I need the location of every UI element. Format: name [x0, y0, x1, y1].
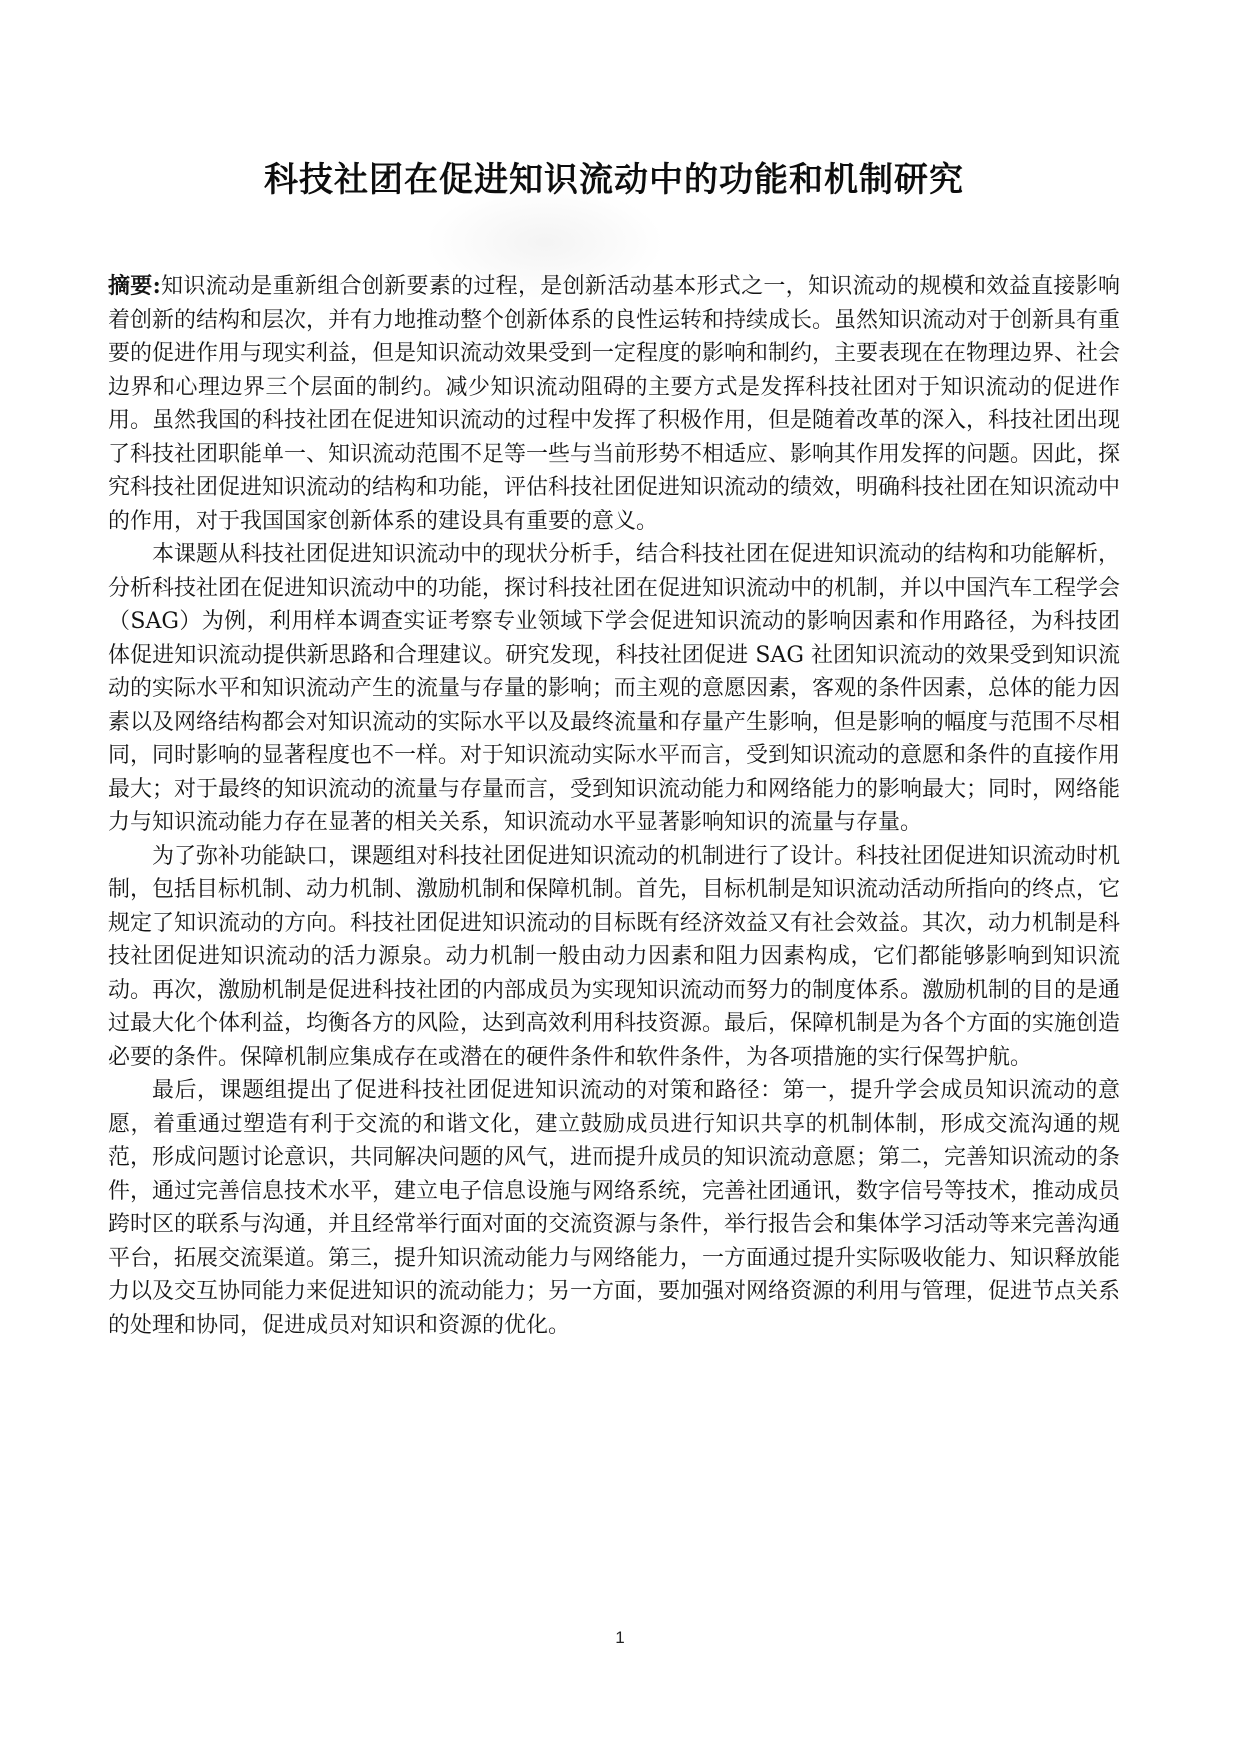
abstract-paragraph-text: 知识流动是重新组合创新要素的过程，是创新活动基本形式之一，知识流动的规模和效益直… — [108, 274, 1120, 534]
paragraph-countermeasures: 最后，课题组提出了促进科技社团促进知识流动的对策和路径：第一，提升学会成员知识流… — [108, 1074, 1120, 1342]
paragraph-mechanism-design: 为了弥补功能缺口，课题组对科技社团促进知识流动的机制进行了设计。科技社团促进知识… — [108, 840, 1120, 1075]
abstract-label: 摘要: — [108, 273, 161, 299]
document-page: 科技社团在促进知识流动中的功能和机制研究 摘要:知识流动是重新组合创新要素的过程… — [0, 0, 1240, 1753]
paragraph-research-findings: 本课题从科技社团促进知识流动中的现状分析手，结合科技社团在促进知识流动的结构和功… — [108, 538, 1120, 840]
abstract-paragraph: 摘要:知识流动是重新组合创新要素的过程，是创新活动基本形式之一，知识流动的规模和… — [108, 270, 1120, 538]
document-title: 科技社团在促进知识流动中的功能和机制研究 — [108, 152, 1120, 201]
abstract-body: 摘要:知识流动是重新组合创新要素的过程，是创新活动基本形式之一，知识流动的规模和… — [108, 270, 1120, 1342]
page-number: 1 — [0, 1628, 1240, 1648]
